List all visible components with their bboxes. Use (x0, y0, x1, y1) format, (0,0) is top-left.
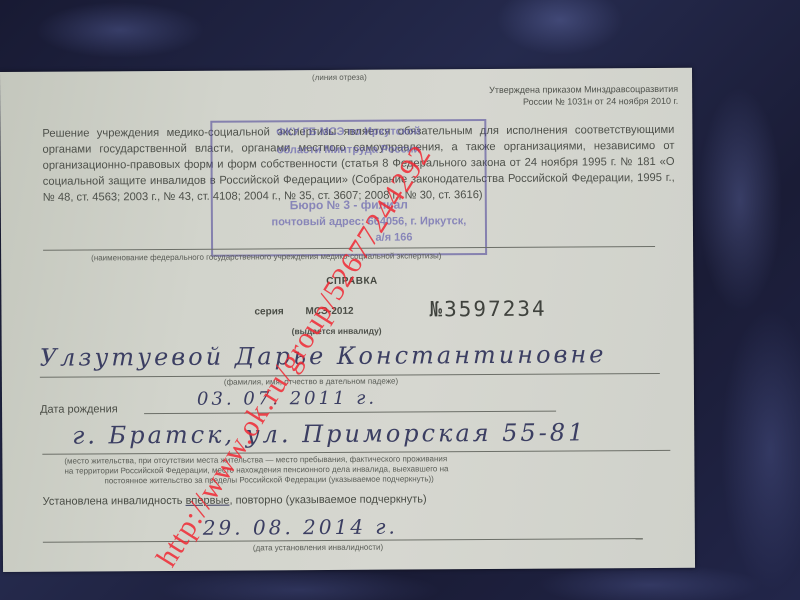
stamp-line-1: ФКУ ГБ МСЭ по Иркутской (212, 125, 484, 139)
disability-date-value: 29. 08. 2014 г. (203, 515, 398, 540)
name-caption: (фамилия, имя, отчество в дательном паде… (224, 377, 398, 387)
cut-line-label: (линия отреза) (312, 73, 367, 82)
stamp-line-2: области Минтруда России (212, 143, 484, 157)
institution-caption: (наименование федерального государственн… (91, 251, 441, 262)
certificate-number: №3597234 (429, 297, 546, 322)
recipient-name: Улзутуевой Дарье Константиновне (40, 340, 607, 371)
address-caption-3: постоянное жительство за пределы Российс… (104, 474, 433, 485)
stamp-line-4: почтовый адрес: 664056, г. Иркутск, (213, 215, 485, 229)
disability-status: Установлена инвалидность впервые, повтор… (43, 493, 427, 507)
approval-note: Утверждена приказом Минздравсоцразвития … (489, 83, 678, 108)
stamp-line-3: Бюро № 3 - филиал (213, 197, 485, 213)
disability-date-caption: (дата установления инвалидности) (253, 543, 383, 553)
series-label: серия (254, 306, 283, 317)
approval-line-2: России № 1031н от 24 ноября 2010 г. (489, 95, 678, 108)
dob-line (144, 411, 556, 415)
address-value: г. Братск, ул. Приморская 55-81 (72, 418, 586, 449)
date-of-birth-label: Дата рождения (40, 403, 118, 415)
disability-certificate: (линия отреза) Утверждена приказом Минзд… (0, 68, 695, 572)
disability-label: Установлена инвалидность (43, 495, 183, 508)
disability-repeat: , повторно (указываемое подчеркнуть) (229, 493, 426, 506)
